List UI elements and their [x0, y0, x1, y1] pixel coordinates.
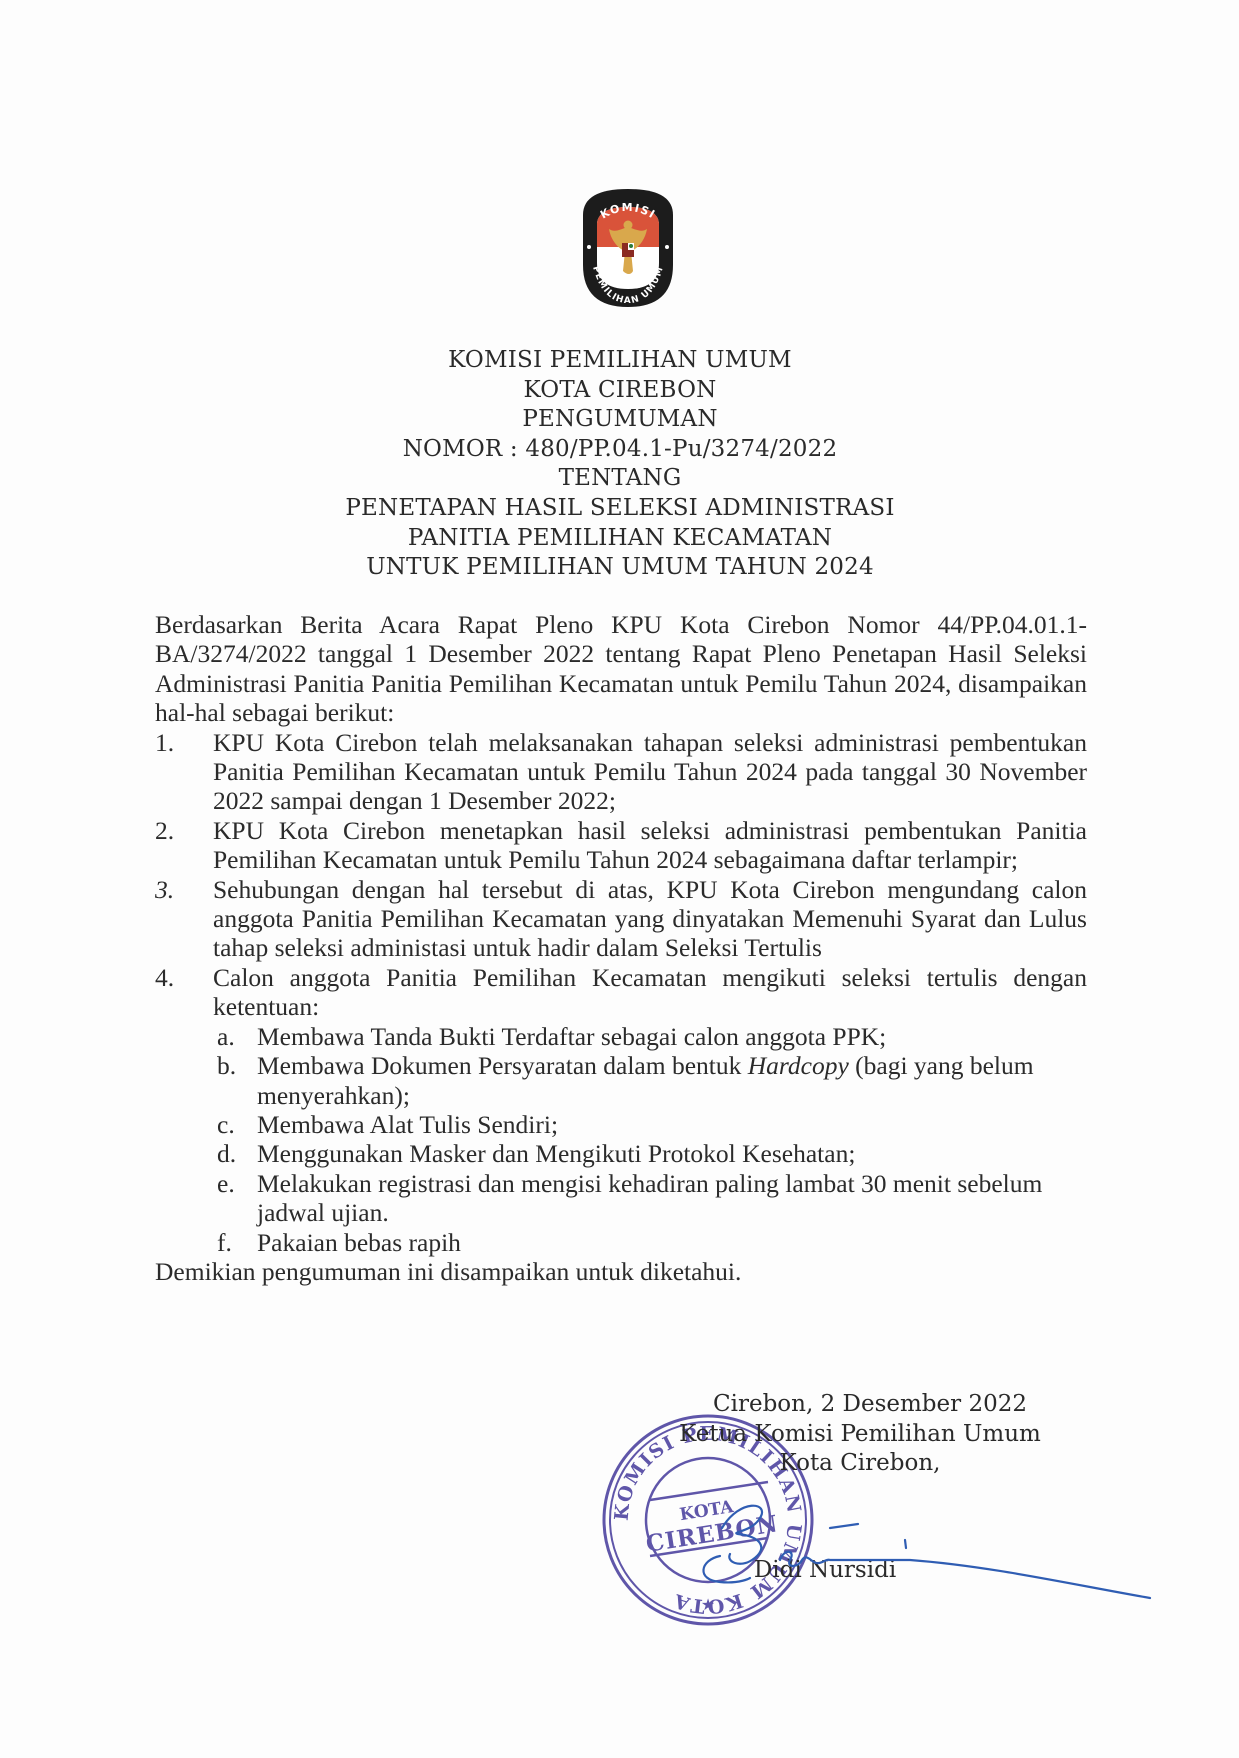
list-item-text: KPU Kota Cirebon telah melaksanakan taha…	[213, 728, 1087, 816]
sub-list-text: Membawa Dokumen Persyaratan dalam bentuk	[257, 1051, 748, 1080]
sub-list-text: Melakukan registrasi dan mengisi kehadir…	[257, 1169, 1042, 1227]
sub-list-text: Menggunakan Masker dan Mengikuti Protoko…	[257, 1139, 855, 1168]
sub-list-item: a. Membawa Tanda Bukti Terdaftar sebagai…	[155, 1022, 1087, 1051]
sub-list-text: Membawa Tanda Bukti Terdaftar sebagai ca…	[257, 1022, 886, 1051]
heading-line: KOTA CIREBON	[200, 376, 1040, 406]
sub-list-text: Membawa Alat Tulis Sendiri;	[257, 1110, 558, 1139]
heading-line: UNTUK PEMILIHAN UMUM TAHUN 2024	[200, 553, 1040, 583]
intro-paragraph: Berdasarkan Berita Acara Rapat Pleno KPU…	[155, 610, 1087, 728]
sub-list-marker: f.	[217, 1228, 232, 1257]
heading-line: PENGUMUMAN	[200, 405, 1040, 435]
list-marker: 3.	[155, 875, 174, 904]
document-body: Berdasarkan Berita Acara Rapat Pleno KPU…	[155, 610, 1087, 1286]
heading-line: PANITIA PEMILIHAN KECAMATAN	[200, 524, 1040, 554]
sub-list-marker: d.	[217, 1139, 236, 1168]
signatory-title: Ketua Komisi Pemilihan Umum	[620, 1420, 1100, 1450]
sub-list-item: e. Melakukan registrasi dan mengisi keha…	[155, 1169, 1087, 1228]
place-date: Cirebon, 2 Desember 2022	[640, 1390, 1100, 1420]
sub-list-text: Pakaian bebas rapih	[257, 1228, 461, 1257]
kpu-emblem-icon: KOMISI PEMILIHAN UMUM	[575, 185, 681, 309]
sub-list-marker: b.	[217, 1051, 236, 1080]
list-marker: 4.	[155, 963, 174, 992]
italic-term: Hardcopy	[748, 1051, 849, 1080]
list-item-text: KPU Kota Cirebon menetapkan hasil seleks…	[213, 816, 1087, 874]
heading-line: KOMISI PEMILIHAN UMUM	[200, 346, 1040, 376]
document-heading: KOMISI PEMILIHAN UMUM KOTA CIREBON PENGU…	[200, 346, 1040, 583]
heading-line: TENTANG	[200, 464, 1040, 494]
list-item-text: Calon anggota Panitia Pemilihan Kecamata…	[213, 963, 1087, 1021]
sub-list-marker: c.	[217, 1110, 235, 1139]
list-item: 1. KPU Kota Cirebon telah melaksanakan t…	[155, 728, 1087, 816]
list-marker: 1.	[155, 728, 174, 757]
sub-list-item: f. Pakaian bebas rapih	[155, 1228, 1087, 1257]
sub-list-marker: e.	[217, 1169, 235, 1198]
list-item-text: Sehubungan dengan hal tersebut di atas, …	[213, 875, 1087, 963]
list-item: 3. Sehubungan dengan hal tersebut di ata…	[155, 875, 1087, 963]
signature-block: Cirebon, 2 Desember 2022 Ketua Komisi Pe…	[620, 1390, 1100, 1479]
heading-line: PENETAPAN HASIL SELEKSI ADMINISTRASI	[200, 494, 1040, 524]
list-item: 4. Calon anggota Panitia Pemilihan Kecam…	[155, 963, 1087, 1022]
closing-sentence: Demikian pengumuman ini disampaikan untu…	[155, 1257, 1087, 1286]
sub-list-item: b. Membawa Dokumen Persyaratan dalam ben…	[155, 1051, 1087, 1110]
sub-list-marker: a.	[217, 1022, 235, 1051]
document-page: KOMISI PEMILIHAN UMUM KOMISI PEMILIHAN U…	[0, 0, 1239, 1758]
handwritten-signature-icon	[690, 1488, 1160, 1608]
list-item: 2. KPU Kota Cirebon menetapkan hasil sel…	[155, 816, 1087, 875]
sub-list-item: d. Menggunakan Masker dan Mengikuti Prot…	[155, 1139, 1087, 1168]
document-number: NOMOR : 480/PP.04.1-Pu/3274/2022	[200, 435, 1040, 465]
signatory-title: Kota Cirebon,	[620, 1449, 1100, 1479]
sub-list-item: c. Membawa Alat Tulis Sendiri;	[155, 1110, 1087, 1139]
list-marker: 2.	[155, 816, 174, 845]
